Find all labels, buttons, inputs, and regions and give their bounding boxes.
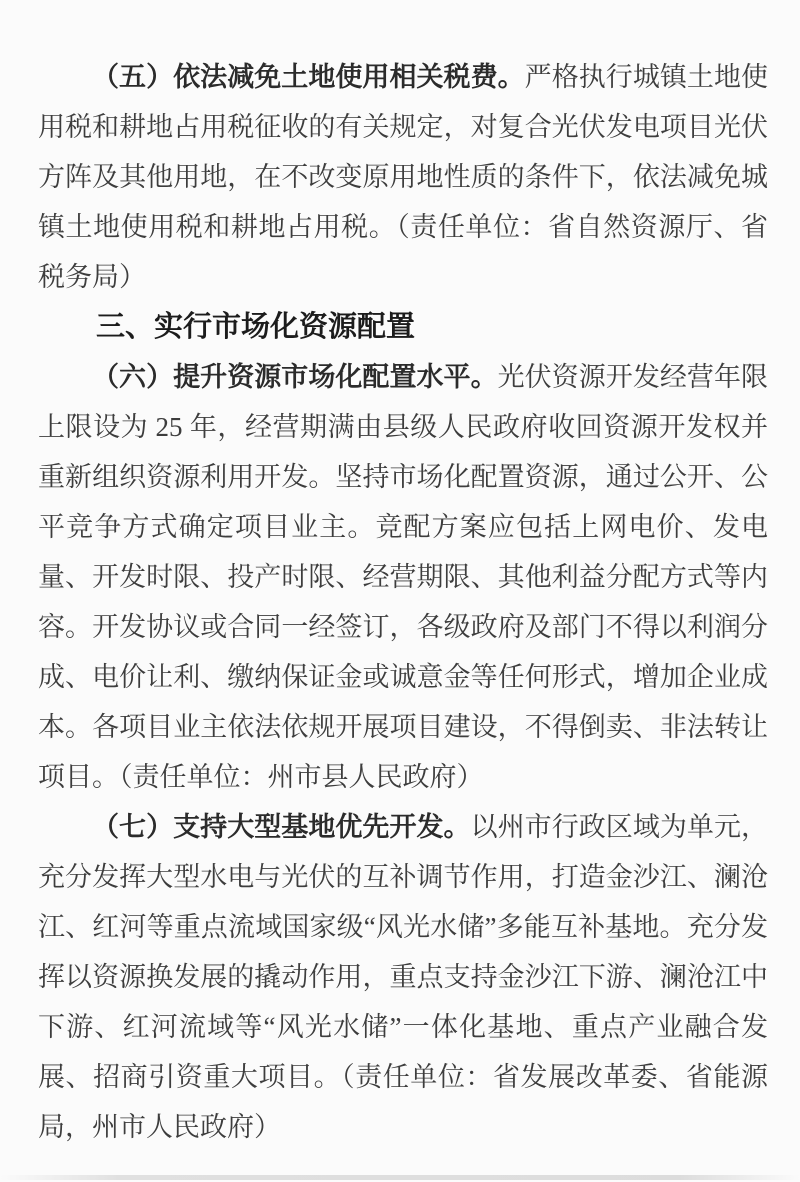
clause-6-paragraph: （六）提升资源市场化配置水平。光伏资源开发经营年限上限设为 25 年，经营期满由… [38, 352, 768, 802]
clause-7-body: 以州市行政区域为单元，充分发挥大型水电与光伏的互补调节作用，打造金沙江、澜沧江、… [38, 812, 768, 1142]
section-heading-3: 三、实行市场化资源配置 [38, 302, 768, 352]
page-bottom-scan-shadow [0, 1175, 800, 1180]
clause-7-paragraph: （七）支持大型基地优先开发。以州市行政区域为单元，充分发挥大型水电与光伏的互补调… [38, 802, 768, 1152]
clause-6-lead: （六）提升资源市场化配置水平。 [92, 362, 498, 392]
clause-5-paragraph: （五）依法减免土地使用相关税费。严格执行城镇土地使用税和耕地占用税征收的有关规定… [38, 52, 768, 302]
document-body: （五）依法减免土地使用相关税费。严格执行城镇土地使用税和耕地占用税征收的有关规定… [38, 52, 768, 1152]
clause-6-body: 光伏资源开发经营年限上限设为 25 年，经营期满由县级人民政府收回资源开发权并重… [38, 362, 768, 792]
clause-5-lead: （五）依法减免土地使用相关税费。 [92, 62, 525, 92]
document-page: （五）依法减免土地使用相关税费。严格执行城镇土地使用税和耕地占用税征收的有关规定… [0, 0, 800, 1182]
clause-5-body: 严格执行城镇土地使用税和耕地占用税征收的有关规定，对复合光伏发电项目光伏方阵及其… [38, 62, 768, 292]
clause-7-lead: （七）支持大型基地优先开发。 [92, 812, 471, 842]
